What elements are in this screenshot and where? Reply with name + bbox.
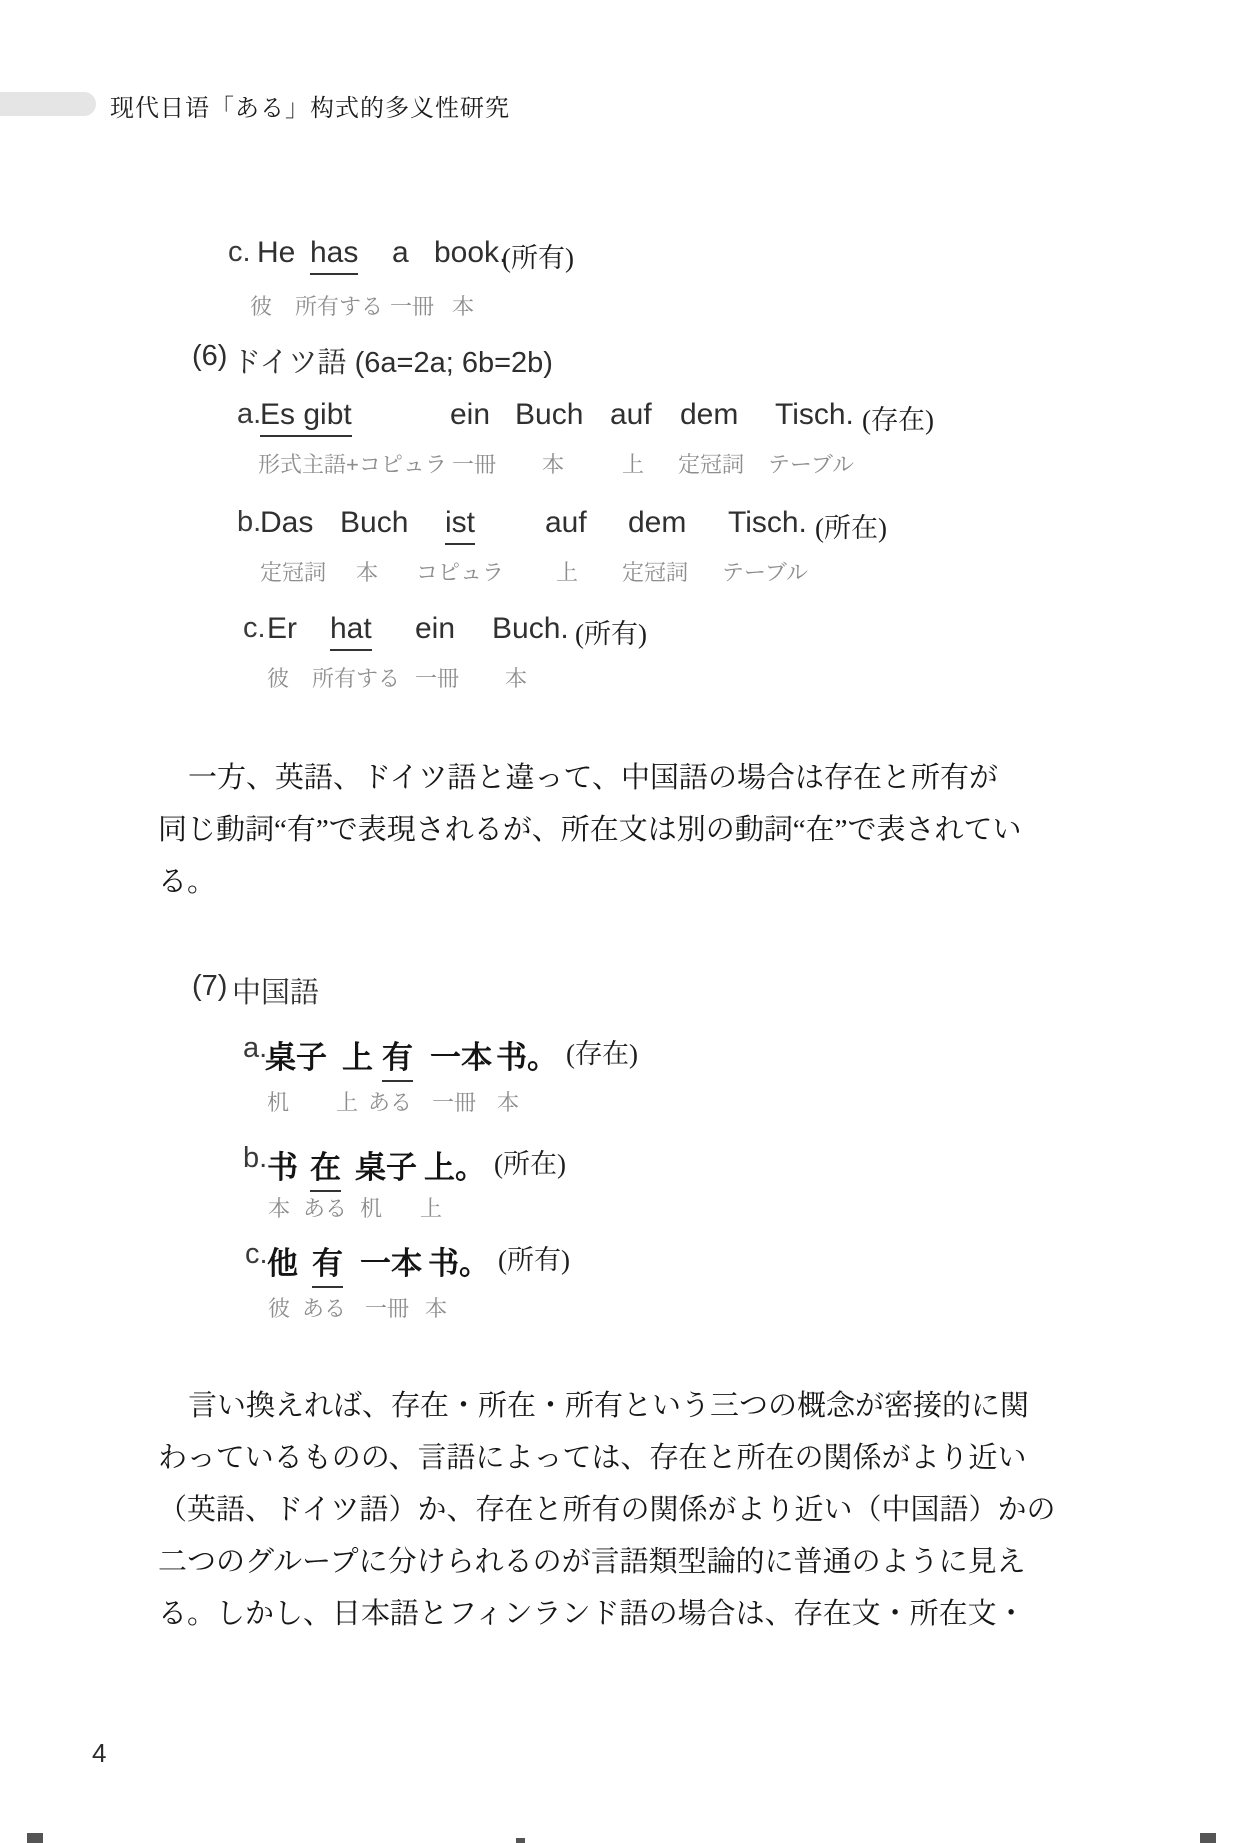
example-word: 书。 <box>496 1032 558 1077</box>
example-word: dem <box>680 398 738 432</box>
paragraph-line: 言い換えれば、存在・所在・所有という三つの概念が密接的に関 <box>158 1380 1078 1432</box>
example-word: 上 <box>342 1032 373 1077</box>
example-word: ein <box>415 612 455 646</box>
example-label: c. <box>245 1238 268 1271</box>
page-number: 4 <box>92 1738 106 1769</box>
gloss-word: 彼 <box>268 1292 290 1323</box>
example-category-tag: (存在) <box>566 1032 638 1071</box>
example-word: 书。 <box>428 1238 490 1283</box>
gloss-word: 一冊 <box>432 1086 476 1117</box>
gloss-word: テーブル <box>768 448 854 479</box>
example-6b-line: b. Das Buch ist auf dem Tisch. (所在) <box>0 506 1239 552</box>
example-word: 他 <box>267 1238 298 1283</box>
example-6b-gloss: 定冠詞 本 コピュラ 上 定冠詞 テーブル <box>0 556 1239 602</box>
gloss-word: 彼 <box>250 290 272 321</box>
paragraph-line: 同じ動詞“有”で表現されるが、所在文は別の動詞“在”で表されてい <box>158 804 1078 856</box>
example-label: c. <box>228 236 251 269</box>
section-7-heading: (7) 中国語 <box>0 970 1239 1014</box>
example-category-tag: (所有) <box>498 1238 570 1277</box>
gloss-word: 彼 <box>267 662 289 693</box>
example-word-underlined: Es gibt <box>260 398 352 437</box>
paragraph-line: わっているものの、言語によっては、存在と所在の関係がより近い <box>158 1432 1078 1484</box>
example-word: auf <box>610 398 652 432</box>
paragraph-line: 一方、英語、ドイツ語と違って、中国語の場合は存在と所有が <box>158 752 1078 804</box>
example-7a-line: a. 桌子 上 有 一本 书。 (存在) <box>0 1032 1239 1078</box>
example-6a-line: a. Es gibt ein Buch auf dem Tisch. (存在) <box>0 398 1239 444</box>
example-word: Buch <box>340 506 408 540</box>
example-word: Tisch. <box>775 398 854 432</box>
gloss-word: 本 <box>425 1292 447 1323</box>
example-category-tag: (所在) <box>494 1142 566 1181</box>
example-7c-gloss: 彼 ある 一冊 本 <box>0 1292 1239 1338</box>
gloss-word: 一冊 <box>365 1292 409 1323</box>
example-category-tag: (存在) <box>862 398 934 437</box>
paragraph-line: 二つのグループに分けられるのが言語類型論的に普通のように見え <box>158 1536 1078 1588</box>
example-7a-gloss: 机 上 ある 一冊 本 <box>0 1086 1239 1132</box>
gloss-word: ある <box>368 1086 412 1117</box>
example-word-underlined: 有 <box>312 1238 343 1288</box>
example-word: Das <box>260 506 313 540</box>
example-word: 上。 <box>424 1142 486 1187</box>
example-word-underlined: hat <box>330 612 372 651</box>
gloss-word: 上 <box>420 1192 442 1223</box>
example-category-tag: (所有) <box>575 612 647 651</box>
example-label: b. <box>243 1142 267 1175</box>
example-word: Buch. <box>492 612 569 646</box>
book-page: 现代日语「ある」构式的多义性研究 c. He has a book. (所有) … <box>0 0 1239 1843</box>
example-word: a <box>392 236 409 270</box>
example-word: 书 <box>267 1142 298 1187</box>
gloss-word: 定冠詞 <box>622 556 688 587</box>
gloss-word: 一冊 <box>452 448 496 479</box>
gloss-word: 机 <box>267 1086 289 1117</box>
scan-artifact <box>516 1838 525 1843</box>
paragraph-2: 言い換えれば、存在・所在・所有という三つの概念が密接的に関 わっているものの、言… <box>158 1380 1078 1640</box>
example-label: a. <box>237 398 261 431</box>
gloss-word: 形式主語+コピュラ <box>258 448 447 479</box>
example-word: 一本 <box>360 1238 422 1283</box>
section-number: (7) <box>192 970 227 1003</box>
example-5c-gloss: 彼 所有する 一冊 本 <box>0 290 1239 336</box>
section-6-heading: (6) ドイツ語 (6a=2a; 6b=2b) <box>0 340 1239 384</box>
gloss-word: 本 <box>268 1192 290 1223</box>
gloss-word: コピュラ <box>416 556 504 587</box>
example-label: b. <box>237 506 261 539</box>
section-number: (6) <box>192 340 227 373</box>
paragraph-line: る。 <box>158 856 1078 908</box>
example-label: c. <box>243 612 266 645</box>
example-word-underlined: has <box>310 236 358 275</box>
example-word: 一本 <box>430 1032 492 1077</box>
gloss-word: ある <box>303 1192 347 1223</box>
gloss-word: 所有する <box>295 290 383 321</box>
gloss-word: 定冠詞 <box>678 448 744 479</box>
example-5c-line: c. He has a book. (所有) <box>0 236 1239 282</box>
paragraph-line: （英語、ドイツ語）か、存在と所有の関係がより近い（中国語）かの <box>158 1484 1078 1536</box>
gloss-word: 本 <box>505 662 527 693</box>
gloss-word: テーブル <box>722 556 808 587</box>
example-word-underlined: 有 <box>382 1032 413 1082</box>
scan-artifact <box>27 1833 43 1843</box>
example-word: ein <box>450 398 490 432</box>
gloss-word: 本 <box>452 290 474 321</box>
gloss-word: 本 <box>356 556 378 587</box>
paragraph-line: る。しかし、日本語とフィンランド語の場合は、存在文・所在文・ <box>158 1588 1078 1640</box>
gloss-word: 所有する <box>312 662 400 693</box>
example-word: auf <box>545 506 587 540</box>
example-word: 桌子 <box>355 1142 417 1187</box>
gloss-word: 上 <box>622 448 644 479</box>
example-category-tag: (所在) <box>815 506 887 545</box>
gloss-word: 上 <box>336 1086 358 1117</box>
example-word: 桌子 <box>265 1032 327 1077</box>
scan-artifact <box>1200 1833 1216 1843</box>
example-label: a. <box>243 1032 267 1065</box>
gloss-word: ある <box>302 1292 346 1323</box>
example-6a-gloss: 形式主語+コピュラ 一冊 本 上 定冠詞 テーブル <box>0 448 1239 494</box>
gloss-word: 机 <box>360 1192 382 1223</box>
example-word: Er <box>267 612 297 646</box>
example-word: He <box>257 236 295 270</box>
paragraph-1: 一方、英語、ドイツ語と違って、中国語の場合は存在と所有が 同じ動詞“有”で表現さ… <box>158 752 1078 908</box>
running-title: 现代日语「ある」构式的多义性研究 <box>110 88 510 123</box>
example-category-tag: (所有) <box>502 236 574 275</box>
example-word: book. <box>434 236 507 270</box>
gloss-word: 本 <box>542 448 564 479</box>
example-7b-gloss: 本 ある 机 上 <box>0 1192 1239 1238</box>
example-7b-line: b. 书 在 桌子 上。 (所在) <box>0 1142 1239 1188</box>
section-title: ドイツ語 (6a=2a; 6b=2b) <box>232 340 553 381</box>
example-word: dem <box>628 506 686 540</box>
gloss-word: 上 <box>556 556 578 587</box>
example-7c-line: c. 他 有 一本 书。 (所有) <box>0 1238 1239 1284</box>
example-word-underlined: 在 <box>310 1142 341 1192</box>
gloss-word: 一冊 <box>390 290 434 321</box>
example-6c-gloss: 彼 所有する 一冊 本 <box>0 662 1239 708</box>
header-decoration-bar <box>0 92 96 116</box>
gloss-word: 定冠詞 <box>260 556 326 587</box>
example-word: Buch <box>515 398 583 432</box>
example-word: Tisch. <box>728 506 807 540</box>
gloss-word: 本 <box>497 1086 519 1117</box>
example-6c-line: c. Er hat ein Buch. (所有) <box>0 612 1239 658</box>
example-word-underlined: ist <box>445 506 475 545</box>
gloss-word: 一冊 <box>415 662 459 693</box>
section-title: 中国語 <box>232 970 319 1011</box>
